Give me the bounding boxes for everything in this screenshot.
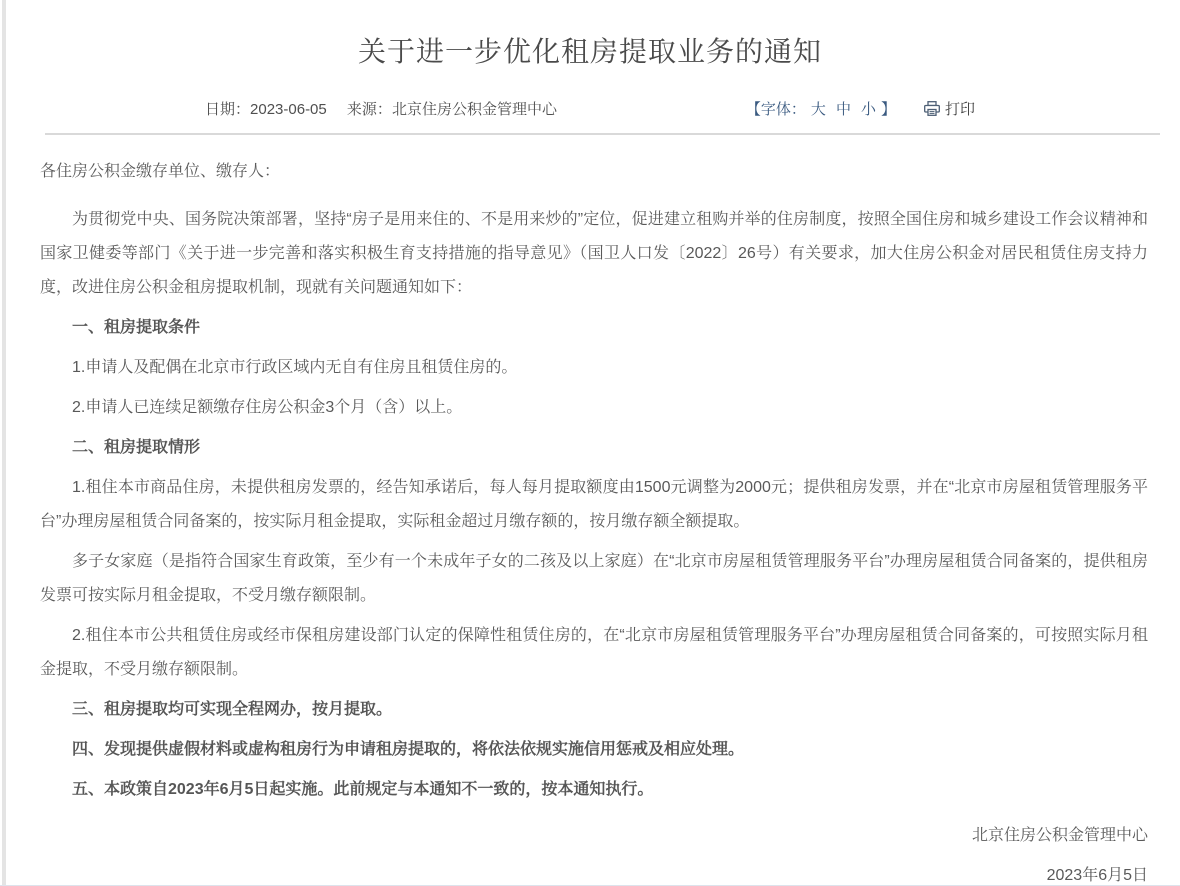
font-size-small-option[interactable]: 小	[861, 101, 876, 118]
signature-block: 北京住房公积金管理中心 2023年6月5日	[40, 819, 1148, 886]
notice-header: 关于进一步优化租房提取业务的通知 日期：2023-06-05 来源：北京住房公积…	[0, 30, 1180, 135]
section-heading: 五、本政策自2023年6月5日起实施。此前规定与本通知不一致的，按本通知执行。	[40, 773, 1148, 807]
signature-date: 2023年6月5日	[40, 859, 1148, 886]
printer-icon	[924, 101, 940, 116]
source-label: 来源：	[347, 101, 392, 118]
section-heading: 三、租房提取均可实现全程网办，按月提取。	[40, 693, 1148, 727]
meta-row: 日期：2023-06-05 来源：北京住房公积金管理中心 【字体：大中小】 打印	[205, 98, 975, 119]
source: 来源：北京住房公积金管理中心	[347, 101, 557, 118]
section-heading: 二、租房提取情形	[40, 431, 1148, 465]
body-paragraph: 1.申请人及配偶在北京市行政区域内无自有住房且租赁住房的。	[40, 351, 1148, 385]
source-value: 北京住房公积金管理中心	[392, 101, 557, 118]
date-label: 日期：	[205, 101, 250, 118]
section-heading: 四、发现提供虚假材料或虚构租房行为申请租房提取的，将依法依规实施信用惩戒及相应处…	[40, 733, 1148, 767]
meta-right: 【字体：大中小】 打印	[746, 98, 975, 119]
body-paragraph: 2.租住本市公共租赁住房或经市保租房建设部门认定的保障性租赁住房的，在“北京市房…	[40, 619, 1148, 687]
page-left-edge	[2, 0, 6, 886]
font-size-large-option[interactable]: 大	[811, 101, 826, 118]
body-paragraph: 2.申请人已连续足额缴存住房公积金3个月（含）以上。	[40, 391, 1148, 425]
notice-body: 各住房公积金缴存单位、缴存人： 为贯彻党中央、国务院决策部署，坚持“房子是用来住…	[0, 135, 1180, 886]
body-paragraph: 1.租住本市商品住房，未提供租房发票的，经告知承诺后，每人每月提取额度由1500…	[40, 471, 1148, 539]
print-button[interactable]: 打印	[924, 98, 975, 119]
date-value: 2023-06-05	[250, 101, 327, 118]
font-control-prefix: 【字体：	[746, 101, 806, 118]
publish-date: 日期：2023-06-05	[205, 101, 327, 118]
signature: 北京住房公积金管理中心	[40, 819, 1148, 853]
print-label: 打印	[945, 98, 975, 119]
page-title: 关于进一步优化租房提取业务的通知	[40, 30, 1140, 70]
meta-left: 日期：2023-06-05 来源：北京住房公积金管理中心	[205, 98, 573, 119]
font-control-suffix: 】	[881, 101, 896, 118]
body-paragraph: 多子女家庭（是指符合国家生育政策，至少有一个未成年子女的二孩及以上家庭）在“北京…	[40, 545, 1148, 613]
body-paragraph: 为贯彻党中央、国务院决策部署，坚持“房子是用来住的、不是用来炒的”定位，促进建立…	[40, 203, 1148, 305]
section-heading: 一、租房提取条件	[40, 311, 1148, 345]
font-size-control: 【字体：大中小】	[746, 98, 896, 119]
salutation: 各住房公积金缴存单位、缴存人：	[40, 155, 1148, 189]
font-size-medium-option[interactable]: 中	[836, 101, 851, 118]
